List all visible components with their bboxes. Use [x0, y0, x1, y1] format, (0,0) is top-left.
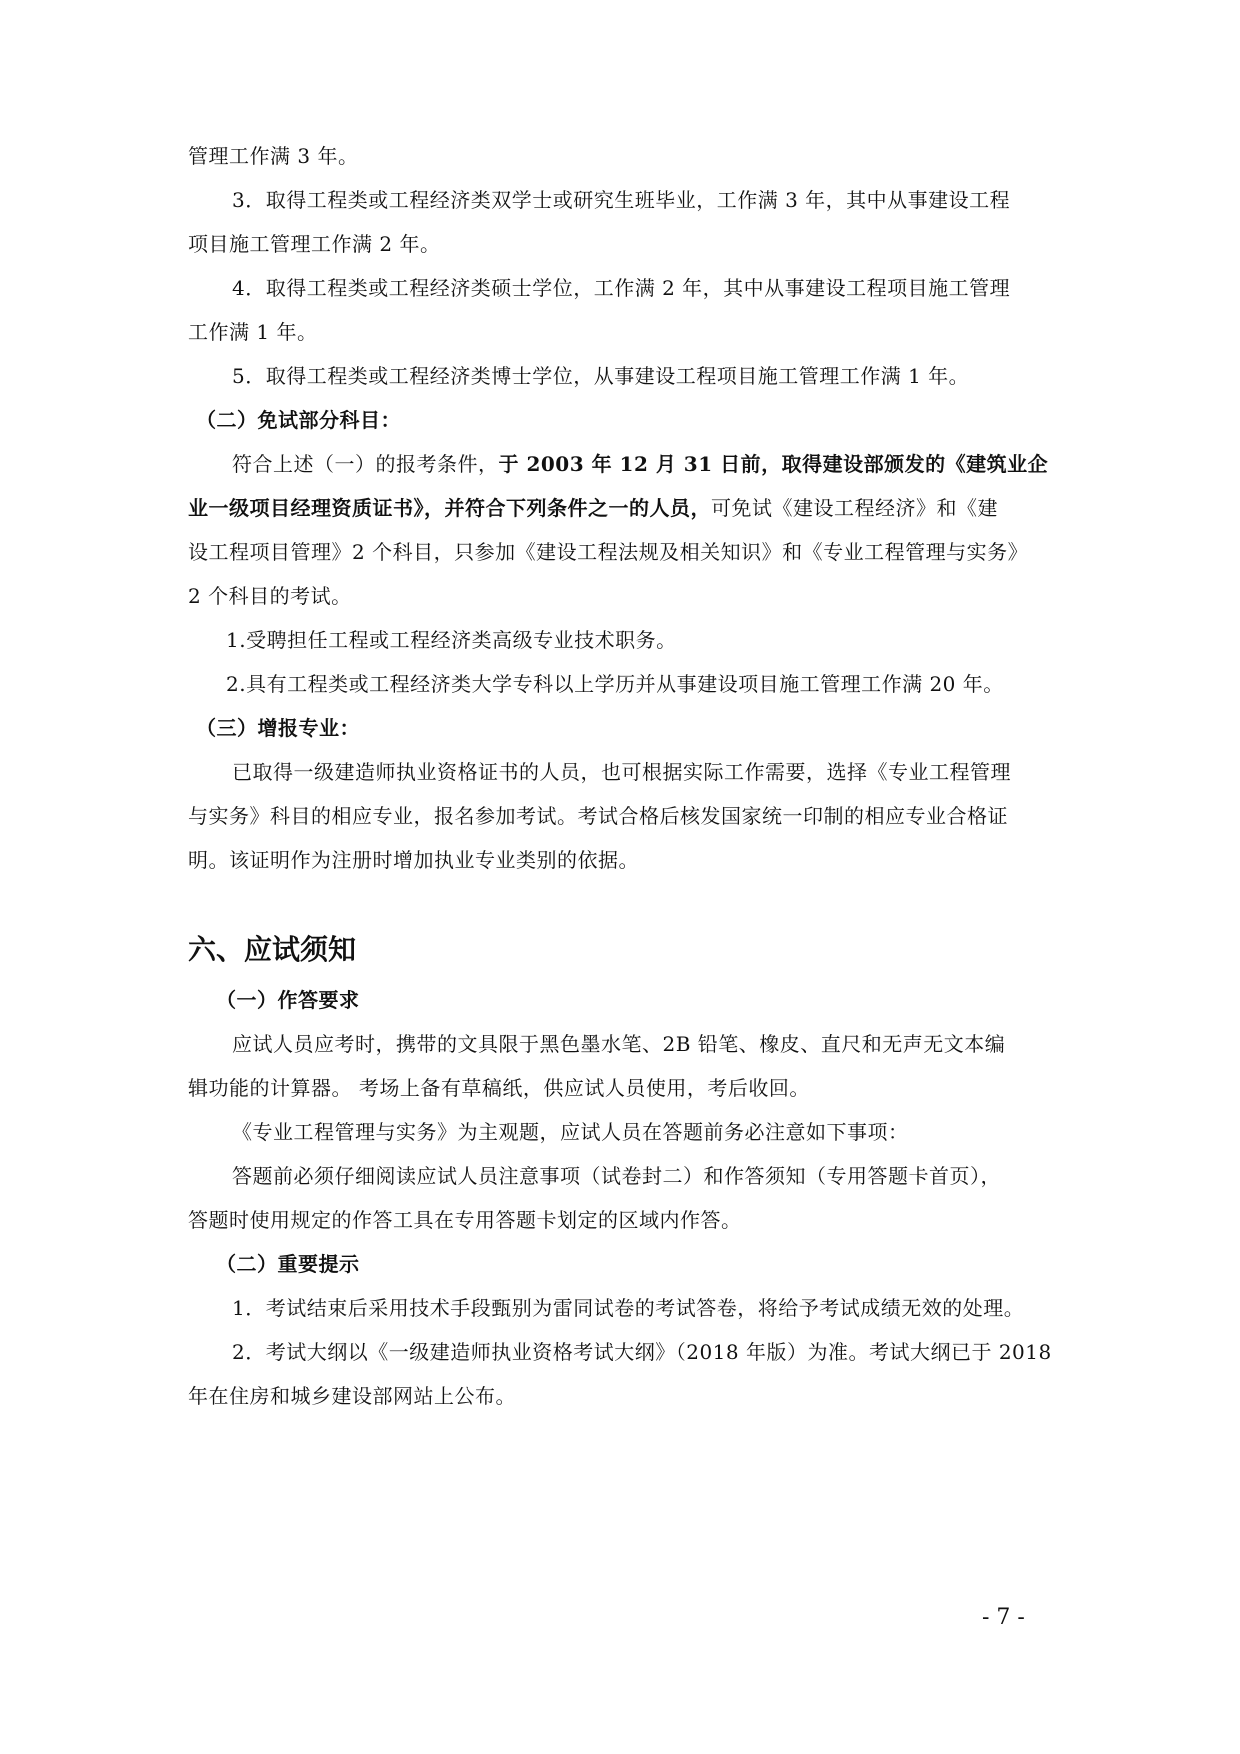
- list-item-1: 1.受聘担任工程或工程经济类高级专业技术职务。: [226, 626, 677, 654]
- section-heading-exemption: （二）免试部分科目：: [196, 406, 401, 434]
- list-item-2: 2.具有工程类或工程经济类大学专科以上学历并从事建设项目施工管理工作满 20 年…: [226, 670, 1004, 698]
- paragraph-line: 答题时使用规定的作答工具在专用答题卡划定的区域内作答。: [188, 1206, 742, 1234]
- section-heading-additional-specialty: （三）增报专业：: [196, 714, 360, 742]
- plain-text: 可免试《建设工程经济》和《建: [711, 496, 998, 520]
- list-item-4-cont: 工作满 1 年。: [188, 318, 317, 346]
- document-page: 管理工作满 3 年。 3．取得工程类或工程经济类双学士或研究生班毕业，工作满 3…: [0, 0, 1240, 1754]
- paragraph-line: 《专业工程管理与实务》为主观题，应试人员在答题前务必注意如下事项：: [232, 1118, 909, 1146]
- paragraph-line: 与实务》科目的相应专业，报名参加考试。考试合格后核发国家统一印制的相应专业合格证: [188, 802, 1008, 830]
- paragraph-line: 符合上述（一）的报考条件，于 2003 年 12 月 31 日前，取得建设部颁发…: [232, 450, 1048, 478]
- paragraph-line: 设工程项目管理》2 个科目，只参加《建设工程法规及相关知识》和《专业工程管理与实…: [188, 538, 1028, 566]
- paragraph-line: 管理工作满 3 年。: [188, 142, 358, 170]
- paragraph-line: 年在住房和城乡建设部网站上公布。: [188, 1382, 516, 1410]
- list-item-2: 2．考试大纲以《一级建造师执业资格考试大纲》（2018 年版）为准。考试大纲已于…: [232, 1338, 1052, 1366]
- paragraph-line: 辑功能的计算器。 考场上备有草稿纸，供应试人员使用，考后收回。: [188, 1074, 810, 1102]
- plain-text: 符合上述（一）的报考条件，: [232, 452, 499, 476]
- section-heading-important-notes: （二）重要提示: [216, 1250, 360, 1278]
- paragraph-line: 2 个科目的考试。: [188, 582, 352, 610]
- list-item-4: 4．取得工程类或工程经济类硕士学位，工作满 2 年，其中从事建设工程项目施工管理: [232, 274, 1010, 302]
- section-heading-answer-requirements: （一）作答要求: [216, 986, 360, 1014]
- paragraph-line: 应试人员应考时，携带的文具限于黑色墨水笔、2B 铅笔、橡皮、直尺和无声无文本编: [232, 1030, 1005, 1058]
- paragraph-line: 已取得一级建造师执业资格证书的人员，也可根据实际工作需要，选择《专业工程管理: [232, 758, 1011, 786]
- bold-text: 于 2003 年 12 月 31 日前，取得建设部颁发的《建筑业企: [499, 452, 1049, 476]
- paragraph-line: 明。该证明作为注册时增加执业专业类别的依据。: [188, 846, 639, 874]
- chapter-heading: 六、应试须知: [188, 932, 356, 968]
- list-item-5: 5．取得工程类或工程经济类博士学位，从事建设工程项目施工管理工作满 1 年。: [232, 362, 969, 390]
- list-item-1: 1．考试结束后采用技术手段甄别为雷同试卷的考试答卷，将给予考试成绩无效的处理。: [232, 1294, 1024, 1322]
- paragraph-line: 业一级项目经理资质证书》，并符合下列条件之一的人员，可免试《建设工程经济》和《建: [188, 494, 998, 522]
- paragraph-line: 答题前必须仔细阅读应试人员注意事项（试卷封二）和作答须知（专用答题卡首页），: [232, 1162, 1001, 1190]
- list-item-3-cont: 项目施工管理工作满 2 年。: [188, 230, 440, 258]
- list-item-3: 3．取得工程类或工程经济类双学士或研究生班毕业，工作满 3 年，其中从事建设工程: [232, 186, 1010, 214]
- page-number: - 7 -: [982, 1604, 1025, 1632]
- bold-text: 业一级项目经理资质证书》，并符合下列条件之一的人员，: [188, 496, 711, 520]
